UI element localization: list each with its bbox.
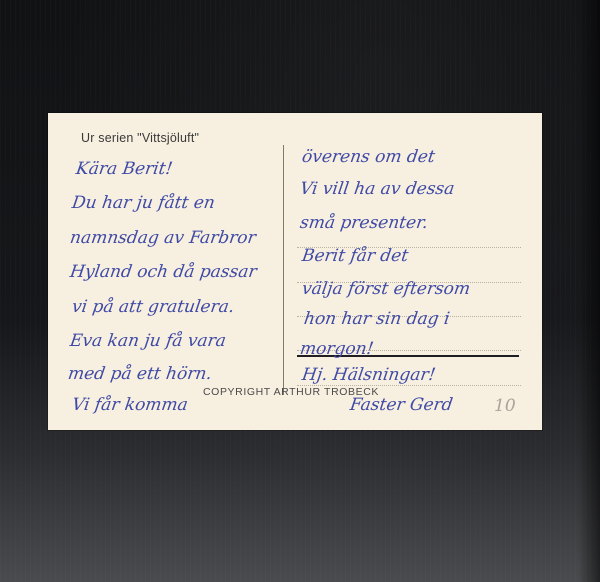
handwriting-left-line-8: Vi får komma (71, 397, 189, 414)
postcard-divider-line (283, 145, 284, 395)
handwriting-right-line-1: överens om det (301, 149, 436, 166)
handwriting-left-line-1: Kära Berit! (75, 161, 174, 178)
handwriting-right-line-4: Berit får det (301, 248, 409, 265)
handwriting-left-line-7: med på ett hörn. (67, 366, 213, 383)
handwriting-right-line-6: hon har sin dag i (303, 311, 451, 328)
handwriting-right-line-8: Hj. Hälsningar! (301, 367, 437, 384)
handwriting-signature: Faster Gerd (349, 397, 454, 414)
handwriting-right-line-3: små presenter. (299, 215, 429, 232)
handwriting-left-line-3: namnsdag av Farbror (69, 230, 257, 247)
postcard: Ur serien "Vittsjöluft" Kära Berit! Du h… (48, 113, 542, 430)
handwriting-right-line-2: Vi vill ha av dessa (299, 181, 456, 198)
handwriting-left-line-6: Eva kan ju få vara (69, 333, 227, 350)
handwriting-right-line-5: välja först eftersom (301, 281, 471, 298)
copyright-imprint: COPYRIGHT ARTHUR TROBECK (203, 386, 379, 398)
series-title: Ur serien "Vittsjöluft" (81, 131, 199, 145)
handwriting-right-line-7: morgon! (299, 341, 375, 358)
scan-right-edge-shadow (578, 0, 600, 582)
handwriting-left-line-4: Hyland och då passar (69, 264, 258, 281)
handwriting-left-line-2: Du har ju fått en (71, 195, 216, 212)
handwriting-left-line-5: vi på att gratulera. (71, 299, 236, 316)
pencil-number: 10 (494, 396, 516, 416)
